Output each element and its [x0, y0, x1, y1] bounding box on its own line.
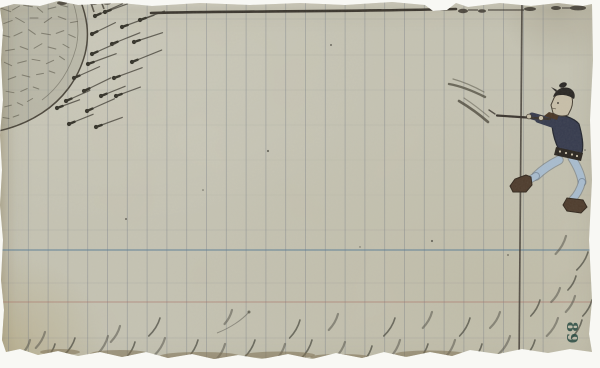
page-number: 89: [563, 322, 581, 345]
page-number-stamp: 89: [561, 316, 583, 350]
ledger-drawing: [0, 0, 600, 368]
scanned-ledger-page: 89: [0, 0, 600, 368]
paper-grain: [0, 0, 600, 368]
paper-sheet: 89: [0, 0, 600, 368]
